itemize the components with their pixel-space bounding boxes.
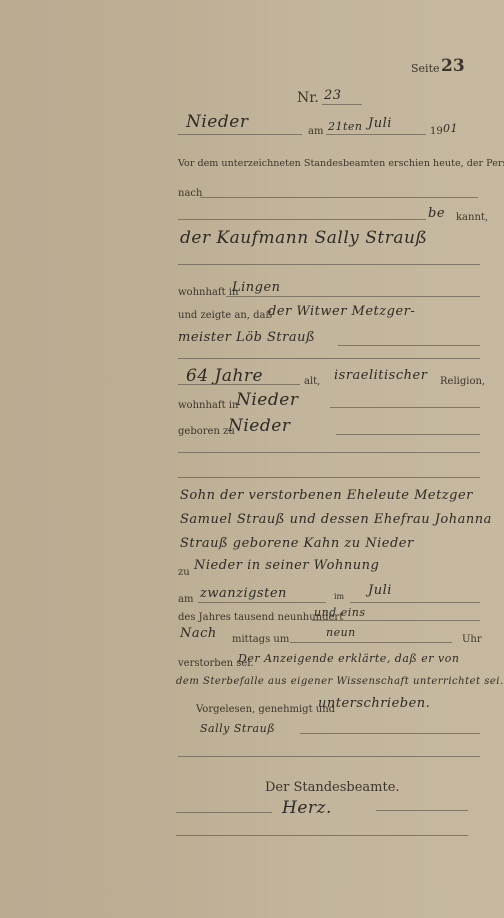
informant-signature: Sally Strauß bbox=[200, 722, 275, 735]
bekannt-label: kannt, bbox=[456, 212, 488, 223]
bekannt-hand: be bbox=[428, 206, 445, 221]
official-signature: Herz. bbox=[282, 798, 332, 818]
page-number: 23 bbox=[441, 56, 465, 76]
rule bbox=[326, 134, 426, 135]
rule bbox=[178, 477, 480, 478]
rule bbox=[198, 602, 326, 603]
unterschrieben-hand: unterschrieben. bbox=[318, 696, 430, 711]
rule bbox=[178, 452, 480, 453]
registration-month: Juli bbox=[368, 116, 392, 131]
parents-line-1: Sohn der verstorbenen Eheleute Metzger bbox=[180, 488, 473, 503]
page-label: Seite bbox=[411, 62, 440, 75]
year-prefix: 19 bbox=[430, 126, 443, 137]
rule bbox=[322, 104, 362, 105]
rule bbox=[312, 620, 480, 621]
informant-residence: Lingen bbox=[232, 280, 281, 295]
registration-place: Nieder bbox=[186, 112, 248, 132]
uhr-label: Uhr bbox=[462, 634, 482, 645]
religion: israelitischer bbox=[334, 368, 427, 383]
death-day: zwanzigsten bbox=[200, 586, 287, 601]
rule bbox=[176, 835, 468, 836]
deceased-residence: Nieder bbox=[236, 390, 298, 410]
alt-label: alt, bbox=[304, 376, 320, 387]
rule bbox=[350, 602, 480, 603]
registration-day: 21ten bbox=[328, 120, 363, 133]
am2-label: am bbox=[178, 594, 193, 605]
informant-name: der Kaufmann Sally Strauß bbox=[180, 228, 427, 248]
vorgelesen-label: Vorgelesen, genehmigt und bbox=[196, 704, 335, 715]
rule bbox=[178, 358, 480, 359]
parents-line-2: Samuel Strauß und dessen Ehefrau Johanna bbox=[180, 512, 492, 527]
death-year-words: und eins bbox=[314, 606, 365, 619]
entry-label: Nr. bbox=[297, 90, 319, 106]
rule bbox=[336, 434, 480, 435]
im-label: im bbox=[334, 592, 344, 601]
register-page: Seite 23 Nr. 23 Nieder am 21ten Juli 19 … bbox=[0, 0, 504, 918]
deceased-line-2: meister Löb Strauß bbox=[178, 330, 315, 345]
intro-text: Vor dem unterzeichneten Standesbeamten e… bbox=[178, 158, 504, 169]
wohnhaft2-label: wohnhaft in bbox=[178, 400, 238, 411]
time-hour: neun bbox=[326, 626, 356, 639]
parents-line-3: Strauß geborene Kahn zu Nieder bbox=[180, 536, 414, 551]
geboren-label: geboren zu bbox=[178, 426, 235, 437]
note-line-2: dem Sterbefalle aus eigener Wissenschaft… bbox=[176, 676, 504, 687]
time-hand: Nach bbox=[180, 626, 217, 641]
rule bbox=[330, 407, 480, 408]
note-line-1: Der Anzeigende erklärte, daß er von bbox=[238, 652, 459, 665]
rule bbox=[178, 134, 302, 135]
official-title: Der Standesbeamte. bbox=[265, 780, 400, 795]
rule bbox=[178, 219, 426, 220]
am-label: am bbox=[308, 126, 323, 137]
mittags-label: mittags um bbox=[232, 634, 289, 645]
entry-number: 23 bbox=[324, 88, 342, 103]
rule bbox=[176, 812, 272, 813]
death-month: Juli bbox=[368, 583, 392, 598]
birthplace: Nieder bbox=[228, 416, 290, 436]
zu-label: zu bbox=[178, 567, 190, 578]
rule bbox=[200, 197, 478, 198]
deceased-line-1: der Witwer Metzger- bbox=[268, 304, 415, 319]
zeigte-label: und zeigte an, daß bbox=[178, 310, 272, 321]
age: 64 Jahre bbox=[186, 366, 263, 386]
death-place: Nieder in seiner Wohnung bbox=[194, 558, 379, 573]
rule bbox=[300, 733, 480, 734]
rule bbox=[178, 384, 300, 385]
rule bbox=[338, 345, 480, 346]
rule bbox=[226, 296, 480, 297]
rule bbox=[290, 642, 452, 643]
rule bbox=[178, 756, 480, 757]
religion-label: Religion, bbox=[440, 376, 485, 387]
rule bbox=[376, 810, 468, 811]
rule bbox=[178, 264, 480, 265]
nach-label: nach bbox=[178, 188, 202, 199]
year-suffix: 01 bbox=[443, 122, 458, 135]
